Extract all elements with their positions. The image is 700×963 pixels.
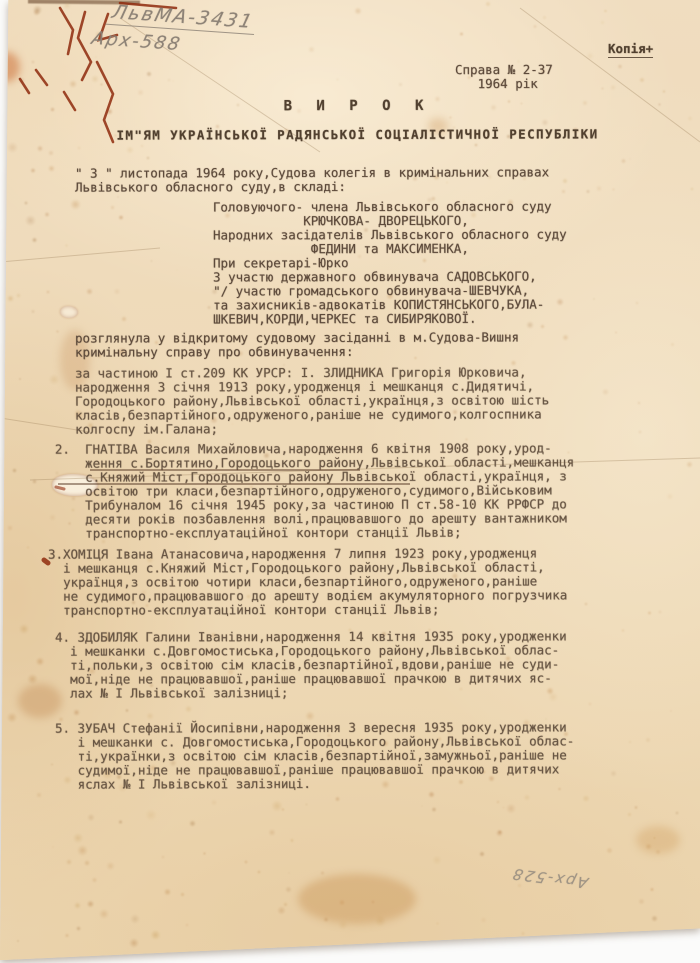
foxing-spot	[95, 56, 98, 59]
foxing-spot	[27, 546, 30, 549]
foxing-spot	[66, 859, 73, 866]
foxing-spot	[114, 288, 121, 295]
foxing-spot	[91, 75, 99, 83]
foxing-spot	[150, 930, 161, 941]
foxing-spot	[121, 316, 127, 322]
foxing-spot	[354, 7, 362, 15]
foxing-spot	[670, 710, 673, 713]
foxing-spot	[658, 103, 661, 106]
foxing-spot	[56, 330, 59, 333]
foxing-spot	[431, 807, 437, 813]
foxing-spot	[32, 237, 37, 242]
foxing-spot	[336, 78, 338, 80]
foxing-spot	[604, 9, 608, 13]
foxing-spot	[176, 269, 178, 271]
scanned-document-page: ЛьвМА-3431 Арх-588 Арх-528 Копія+ Справа…	[0, 0, 700, 963]
foxing-spot	[305, 803, 308, 806]
foxing-spot	[593, 298, 595, 300]
foxing-spot	[582, 795, 590, 803]
archive-note-bottom: Арх-528	[490, 862, 590, 891]
foxing-spot	[449, 116, 452, 119]
foxing-spot	[25, 215, 36, 226]
foxing-spot	[496, 829, 503, 836]
ink-underline	[90, 469, 360, 471]
foxing-spot	[610, 770, 617, 777]
foxing-spot	[627, 812, 631, 816]
paper-tear	[60, 306, 78, 318]
foxing-spot	[290, 838, 294, 842]
foxing-spot	[51, 763, 53, 765]
foxing-spot	[69, 80, 77, 88]
foxing-spot	[74, 902, 81, 909]
foxing-spot	[687, 116, 692, 121]
foxing-spot	[27, 674, 37, 684]
foxing-spot	[561, 189, 566, 194]
foxing-spot	[628, 740, 632, 744]
foxing-spot	[658, 610, 662, 614]
foxing-spot	[621, 629, 625, 633]
foxing-spot	[308, 46, 315, 53]
foxing-spot	[621, 158, 627, 164]
foxing-spot	[283, 902, 288, 907]
foxing-spot	[320, 871, 325, 876]
foxing-spot	[130, 914, 140, 924]
foxing-spot	[502, 806, 505, 809]
foxing-spot	[615, 331, 618, 334]
foxing-spot	[77, 146, 81, 150]
foxing-spot	[18, 77, 25, 84]
foxing-spot	[629, 158, 631, 160]
document-subtitle: ІМ"ЯМ УКРАЇНСЬКОЇ РАДЯНСЬКОЇ СОЦІАЛІСТИЧ…	[70, 127, 645, 143]
foxing-spot	[480, 917, 487, 924]
foxing-spot	[118, 820, 123, 825]
foxing-spot	[24, 201, 29, 206]
foxing-spot	[584, 602, 588, 606]
foxing-spot	[33, 5, 42, 14]
foxing-spot	[12, 468, 17, 473]
foxing-spot	[634, 805, 638, 809]
foxing-spot	[651, 915, 658, 922]
foxing-spot	[180, 892, 185, 897]
foxing-spot	[638, 430, 643, 435]
foxing-spot	[31, 60, 35, 64]
foxing-spot	[662, 90, 666, 94]
foxing-spot	[36, 792, 42, 798]
foxing-spot	[257, 870, 261, 874]
foxing-spot	[421, 805, 423, 807]
foxing-spot	[281, 808, 285, 812]
foxing-spot	[150, 260, 152, 262]
foxing-spot	[37, 145, 44, 152]
foxing-spot	[541, 119, 549, 127]
foxing-spot	[146, 156, 150, 160]
foxing-spot	[647, 611, 651, 615]
foxing-spot	[277, 906, 287, 916]
archive-note-line2: Арх-588	[90, 28, 184, 55]
foxing-spot	[100, 83, 102, 85]
foxing-spot	[474, 143, 478, 147]
paper-sheet: ЛьвМА-3431 Арх-588 Арх-528 Копія+ Справа…	[0, 0, 700, 963]
foxing-spot	[606, 847, 613, 854]
foxing-spot	[117, 196, 120, 199]
foxing-spot	[7, 295, 15, 303]
stain-blotch	[0, 52, 20, 82]
foxing-spot	[65, 933, 70, 938]
foxing-spot	[271, 800, 283, 812]
stain-blotch	[636, 826, 680, 854]
foxing-spot	[432, 855, 442, 865]
foxing-spot	[65, 244, 68, 247]
foxing-spot	[268, 829, 276, 837]
foxing-spot	[635, 301, 639, 305]
foxing-spot	[639, 77, 645, 83]
foxing-spot	[87, 900, 95, 908]
foxing-spot	[161, 855, 165, 859]
foxing-spot	[517, 883, 522, 888]
foxing-spot	[496, 800, 499, 803]
foxing-spot	[7, 142, 18, 153]
foxing-spot	[172, 80, 174, 82]
foxing-spot	[118, 215, 124, 221]
foxing-spot	[86, 288, 93, 295]
foxing-spot	[106, 862, 115, 871]
foxing-spot	[52, 846, 54, 848]
foxing-spot	[110, 205, 115, 210]
defendant-3: 3.ХОМІЦЯ Івана Атанасовича,народження 7 …	[48, 546, 567, 617]
opening-paragraph: розглянула у відкритому судовому засідан…	[75, 330, 519, 359]
foxing-spot	[49, 374, 60, 385]
foxing-spot	[207, 305, 211, 309]
foxing-spot	[140, 144, 144, 148]
foxing-spot	[285, 886, 292, 893]
foxing-spot	[87, 814, 94, 821]
foxing-spot	[167, 78, 171, 82]
foxing-spot	[16, 293, 20, 297]
foxing-spot	[686, 461, 693, 468]
foxing-spot	[146, 71, 152, 77]
foxing-spot	[244, 860, 248, 864]
case-number-block: Справа № 2-37 1964 рік	[455, 63, 553, 91]
foxing-spot	[70, 199, 80, 209]
foxing-spot	[533, 24, 537, 28]
foxing-spot	[19, 624, 29, 634]
foxing-spot	[137, 89, 144, 96]
foxing-spot	[562, 334, 569, 341]
stain-blotch	[298, 874, 416, 924]
foxing-spot	[44, 212, 49, 217]
foxing-spot	[48, 150, 54, 156]
foxing-spot	[586, 52, 594, 60]
foxing-spot	[99, 909, 109, 919]
foxing-spot	[48, 165, 55, 172]
court-panel-block: Головуючого- члена Львівського обласного…	[213, 200, 567, 327]
foxing-spot	[146, 712, 153, 719]
copy-label: Копія+	[608, 42, 653, 58]
foxing-spot	[211, 799, 217, 805]
foxing-spot	[479, 851, 485, 857]
defendant-5: 5. ЗУБАЧ Стефанії Йосипівни,народження 3…	[55, 720, 574, 791]
foxing-spot	[610, 84, 616, 90]
foxing-spot	[675, 811, 679, 815]
document-title: В И Р О К	[70, 98, 645, 114]
foxing-spot	[601, 87, 604, 90]
foxing-spot	[459, 32, 464, 37]
foxing-spot	[288, 872, 291, 875]
defendant-4: 4. ЗДОБИЛЯК Галини Іванівни,народження 1…	[55, 629, 567, 700]
ink-underline	[58, 483, 410, 485]
foxing-spot	[125, 709, 129, 713]
foxing-spot	[203, 852, 206, 855]
foxing-spot	[645, 737, 651, 743]
foxing-spot	[46, 290, 51, 295]
foxing-spot	[189, 820, 197, 828]
foxing-spot	[7, 525, 13, 531]
foxing-spot	[670, 342, 675, 347]
foxing-spot	[588, 702, 592, 706]
foxing-spot	[73, 709, 79, 715]
defendant-2: 2. ГНАТІВА Василя Михайловича,народження…	[55, 441, 575, 540]
foxing-spot	[19, 378, 22, 381]
defendant-1: за частиною І ст.209 КК УРСР: І. ЗЛИДНИК…	[75, 365, 549, 436]
foxing-spot	[77, 845, 88, 856]
foxing-spot	[126, 146, 134, 154]
foxing-spot	[521, 931, 526, 936]
foxing-spot	[600, 20, 605, 25]
foxing-spot	[17, 940, 19, 942]
intro-paragraph: " З " листопада 1964 року,Судова колегія…	[75, 165, 549, 194]
foxing-spot	[485, 1, 491, 7]
foxing-spot	[7, 712, 18, 723]
foxing-spot	[596, 185, 602, 191]
foxing-spot	[129, 938, 139, 948]
foxing-spot	[33, 9, 41, 17]
foxing-spot	[32, 479, 37, 484]
paper-shadow: ЛьвМА-3431 Арх-588 Арх-528 Копія+ Справа…	[0, 0, 700, 963]
foxing-spot	[506, 803, 516, 813]
foxing-spot	[50, 107, 55, 112]
foxing-spot	[586, 189, 591, 194]
foxing-spot	[617, 64, 622, 69]
foxing-spot	[542, 15, 547, 20]
foxing-spot	[637, 401, 641, 405]
foxing-spot	[436, 922, 439, 925]
foxing-spot	[185, 923, 190, 928]
foxing-spot	[690, 187, 695, 192]
foxing-spot	[76, 926, 81, 931]
foxing-spot	[92, 877, 97, 882]
foxing-spot	[650, 887, 654, 891]
foxing-spot	[73, 833, 83, 843]
foxing-spot	[84, 860, 90, 866]
foxing-spot	[562, 178, 568, 184]
foxing-spot	[335, 796, 340, 801]
foxing-spot	[164, 888, 172, 896]
foxing-spot	[638, 898, 644, 904]
foxing-spot	[498, 830, 502, 834]
foxing-spot	[398, 82, 402, 86]
foxing-spot	[145, 809, 157, 821]
foxing-spot	[31, 309, 35, 313]
foxing-spot	[30, 168, 35, 173]
foxing-spot	[524, 794, 530, 800]
foxing-spot	[612, 188, 615, 191]
foxing-spot	[602, 388, 610, 396]
foxing-spot	[666, 493, 674, 501]
foxing-spot	[185, 705, 193, 713]
foxing-spot	[36, 657, 45, 666]
foxing-spot	[428, 791, 435, 798]
